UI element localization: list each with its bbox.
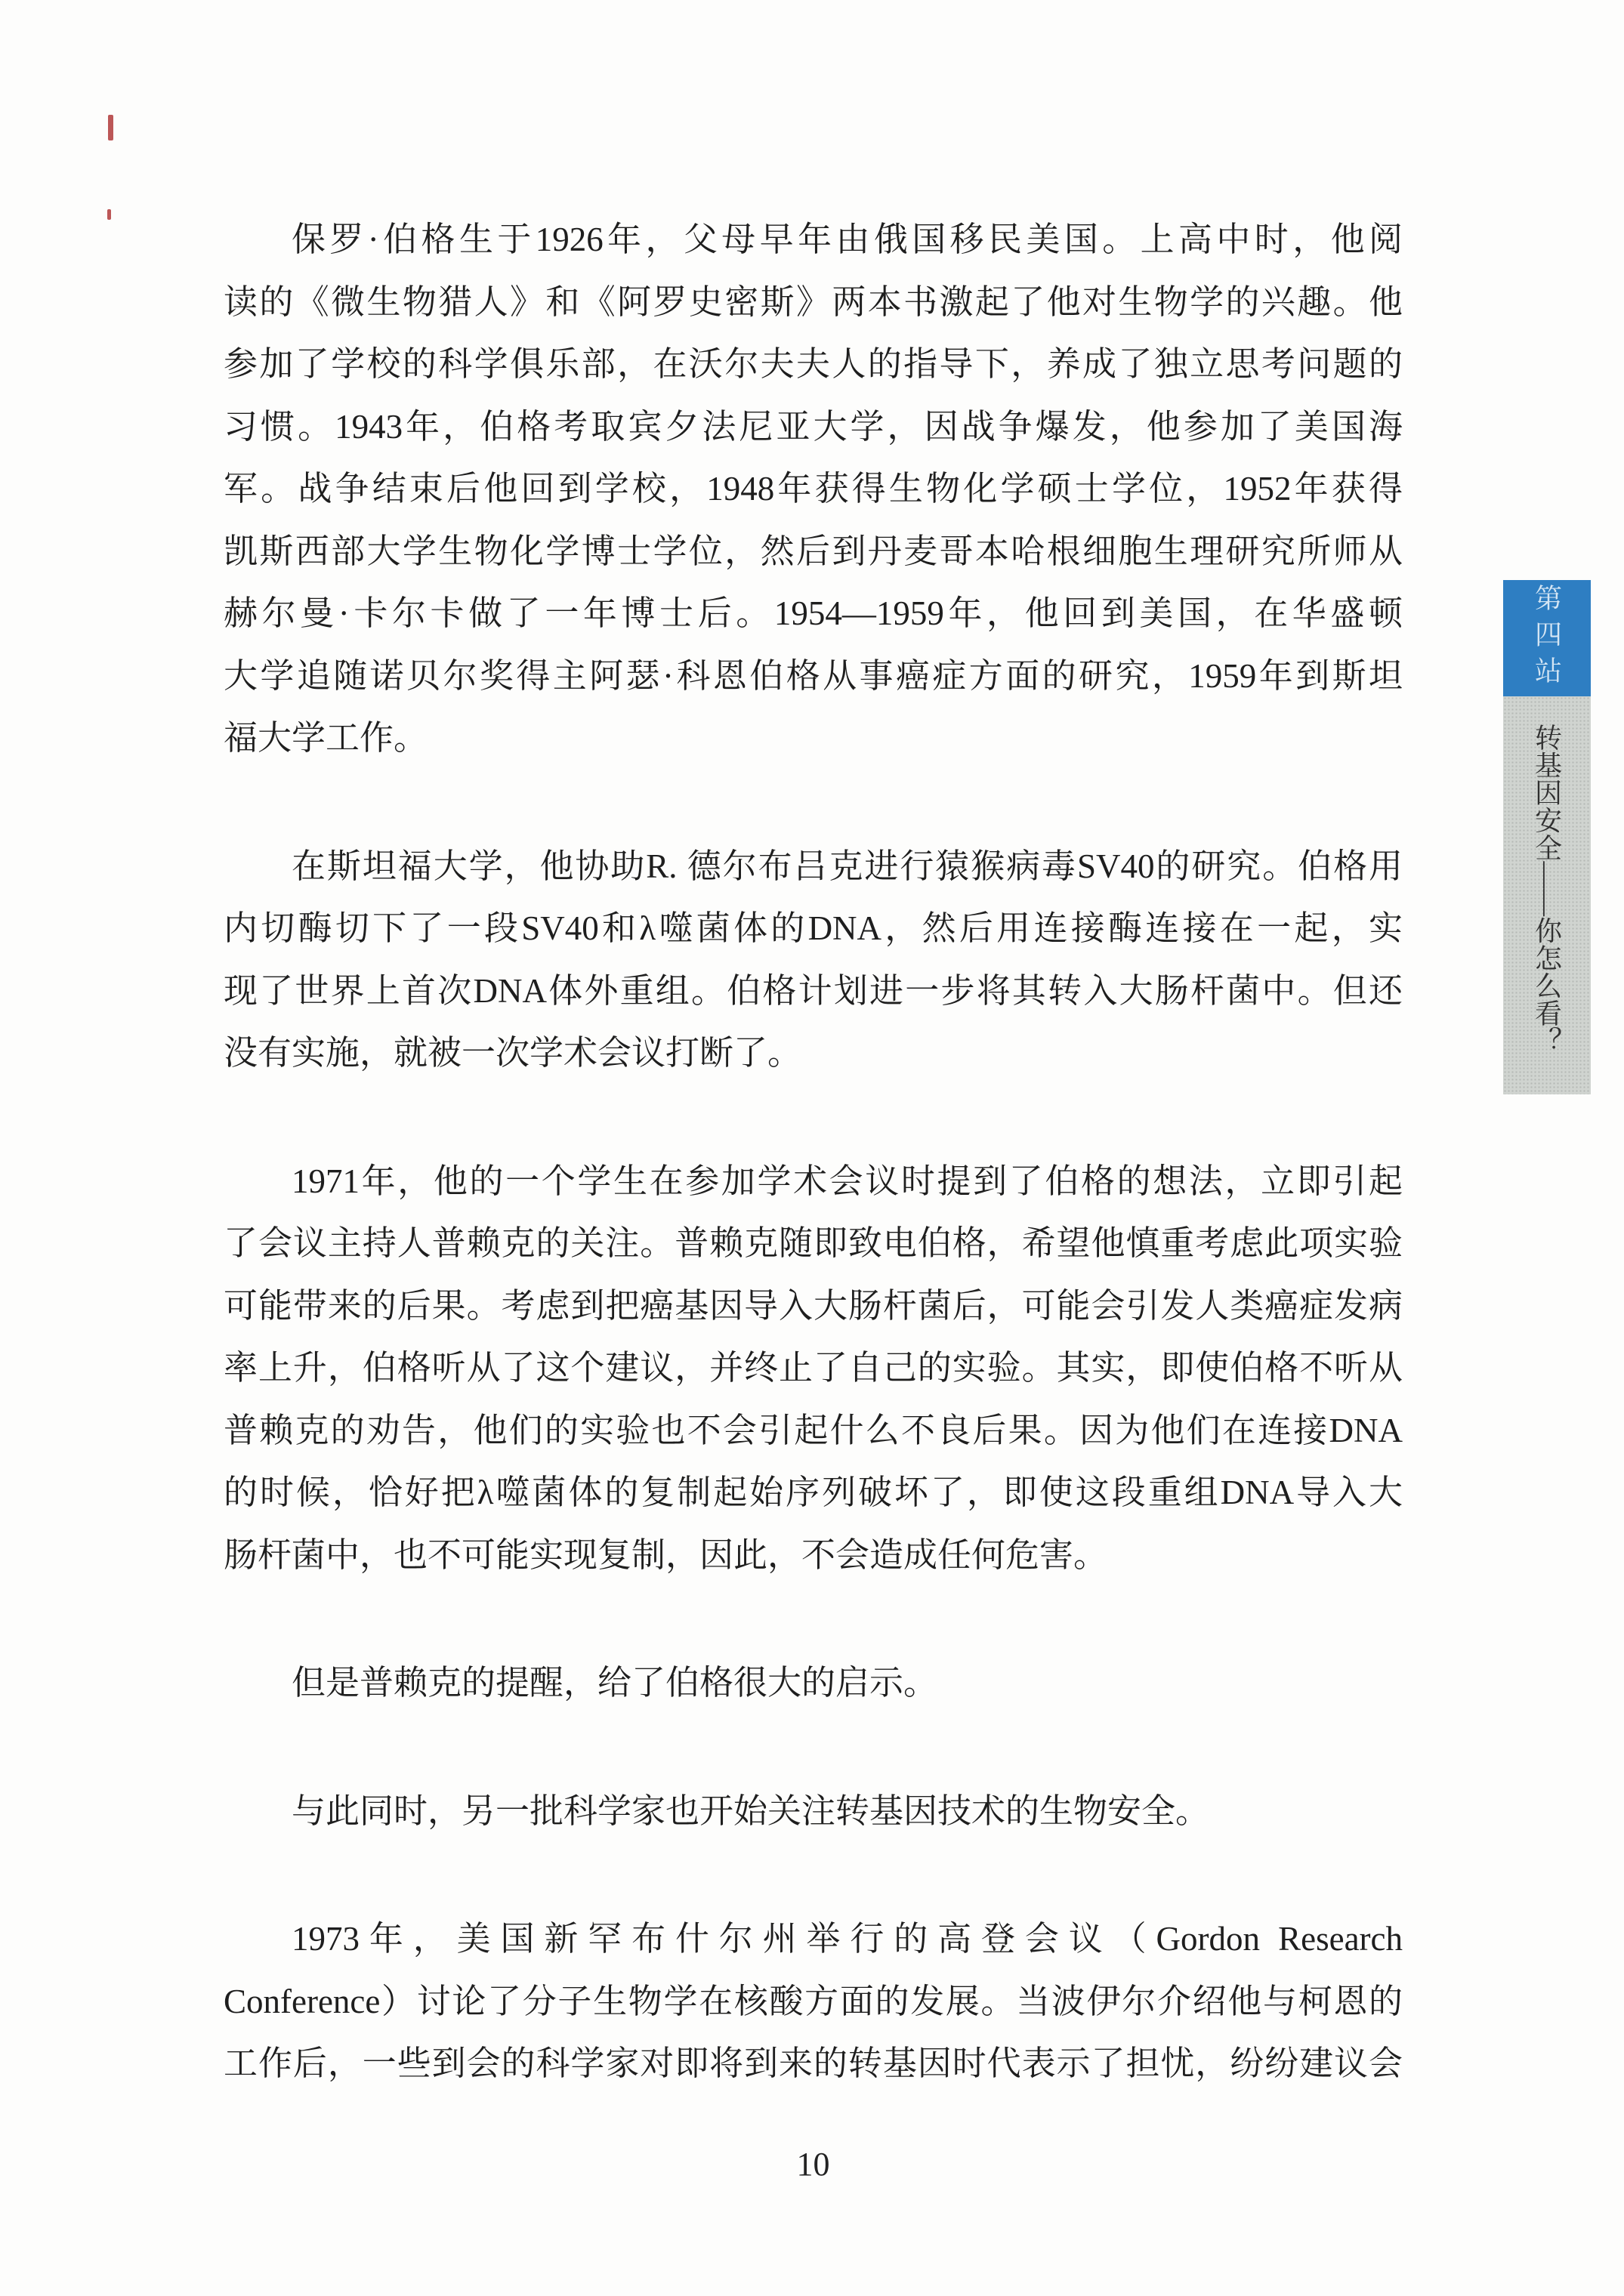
- book-page: 保罗·伯格生于1926年，父母早年由俄国移民美国。上高中时，他阅 读的《微生物猎…: [0, 0, 1624, 2296]
- chapter-title-tab: 转基因安全——你怎么看？: [1503, 696, 1591, 1094]
- text-line: 1971年，他的一个学生在参加学术会议时提到了伯格的想法，立即引起: [224, 1150, 1403, 1213]
- text-line: 军。战争结束后他回到学校，1948年获得生物化学硕士学位，1952年获得: [224, 458, 1403, 520]
- text-line: 但是普赖克的提醒，给了伯格很大的启示。: [224, 1652, 1403, 1714]
- page-number: 10: [224, 2145, 1403, 2183]
- text-line: 了会议主持人普赖克的关注。普赖克随即致电伯格，希望他慎重考虑此项实验: [224, 1212, 1403, 1275]
- text-line: 习惯。1943年，伯格考取宾夕法尼亚大学，因战争爆发，他参加了美国海: [224, 396, 1403, 458]
- text-line: 内切酶切下了一段SV40和λ噬菌体的DNA，然后用连接酶连接在一起，实: [224, 897, 1403, 960]
- station-number-label: 第四站: [1528, 584, 1567, 693]
- text-line: 1973年，美国新罕布什尔州举行的高登会议（Gordon Research: [224, 1908, 1403, 1970]
- text-line: 现了世界上首次DNA体外重组。伯格计划进一步将其转入大肠杆菌中。但还: [224, 960, 1403, 1023]
- paragraph-sv40-research: 在斯坦福大学，他协助R. 德尔布吕克进行猿猴病毒SV40的研究。伯格用 内切酶切…: [224, 835, 1403, 1085]
- text-line: 没有实施，就被一次学术会议打断了。: [224, 1022, 1403, 1085]
- text-line: 可能带来的后果。考虑到把癌基因导入大肠杆菌后，可能会引发人类癌症发病: [224, 1275, 1403, 1338]
- text-line: 工作后，一些到会的科学家对即将到来的转基因时代表示了担忧，纷纷建议会: [224, 2032, 1403, 2095]
- paragraph-gordon-conference: 1973年，美国新罕布什尔州举行的高登会议（Gordon Research Co…: [224, 1908, 1403, 2095]
- text-line: 凯斯西部大学生物化学博士学位，然后到丹麦哥本哈根细胞生理研究所师从: [224, 520, 1403, 583]
- text-line: 普赖克的劝告，他们的实验也不会引起什么不良后果。因为他们在连接DNA: [224, 1400, 1403, 1462]
- text-line: 赫尔曼·卡尔卡做了一年博士后。1954—1959年，他回到美国，在华盛顿: [224, 582, 1403, 645]
- paragraph-reminder: 但是普赖克的提醒，给了伯格很大的启示。: [224, 1652, 1403, 1714]
- text-line: 读的《微生物猎人》和《阿罗史密斯》两本书激起了他对生物学的兴趣。他: [224, 271, 1403, 334]
- text-line: 福大学工作。: [224, 707, 1403, 770]
- scan-artifact-mark: [108, 115, 113, 140]
- scan-artifact-mark: [107, 209, 111, 220]
- paragraph-other-scientists: 与此同时，另一批科学家也开始关注转基因技术的生物安全。: [224, 1780, 1403, 1843]
- text-line: 率上升，伯格听从了这个建议，并终止了自己的实验。其实，即使伯格不听从: [224, 1337, 1403, 1400]
- text-line: 参加了学校的科学俱乐部，在沃尔夫夫人的指导下，养成了独立思考问题的: [224, 333, 1403, 396]
- text-line: 的时候，恰好把λ噬菌体的复制起始序列破坏了，即使这段重组DNA导入大: [224, 1461, 1403, 1524]
- text-line: 在斯坦福大学，他协助R. 德尔布吕克进行猿猴病毒SV40的研究。伯格用: [224, 835, 1403, 898]
- text-line: 大学追随诺贝尔奖得主阿瑟·科恩伯格从事癌症方面的研究，1959年到斯坦: [224, 645, 1403, 708]
- text-line: Conference）讨论了分子生物学在核酸方面的发展。当波伊尔介绍他与柯恩的: [224, 1970, 1403, 2033]
- text-line: 与此同时，另一批科学家也开始关注转基因技术的生物安全。: [224, 1780, 1403, 1843]
- text-line: 保罗·伯格生于1926年，父母早年由俄国移民美国。上高中时，他阅: [224, 208, 1403, 271]
- chapter-title-label: 转基因安全——你怎么看？: [1528, 724, 1567, 1094]
- station-number-tab: 第四站: [1503, 580, 1591, 696]
- paragraph-1971-warning: 1971年，他的一个学生在参加学术会议时提到了伯格的想法，立即引起 了会议主持人…: [224, 1150, 1403, 1587]
- text-line: 肠杆菌中，也不可能实现复制，因此，不会造成任何危害。: [224, 1524, 1403, 1587]
- chapter-edge-tab: 第四站 转基因安全——你怎么看？: [1503, 580, 1591, 1094]
- page-body-text: 保罗·伯格生于1926年，父母早年由俄国移民美国。上高中时，他阅 读的《微生物猎…: [224, 208, 1403, 2095]
- paragraph-berg-biography: 保罗·伯格生于1926年，父母早年由俄国移民美国。上高中时，他阅 读的《微生物猎…: [224, 208, 1403, 770]
